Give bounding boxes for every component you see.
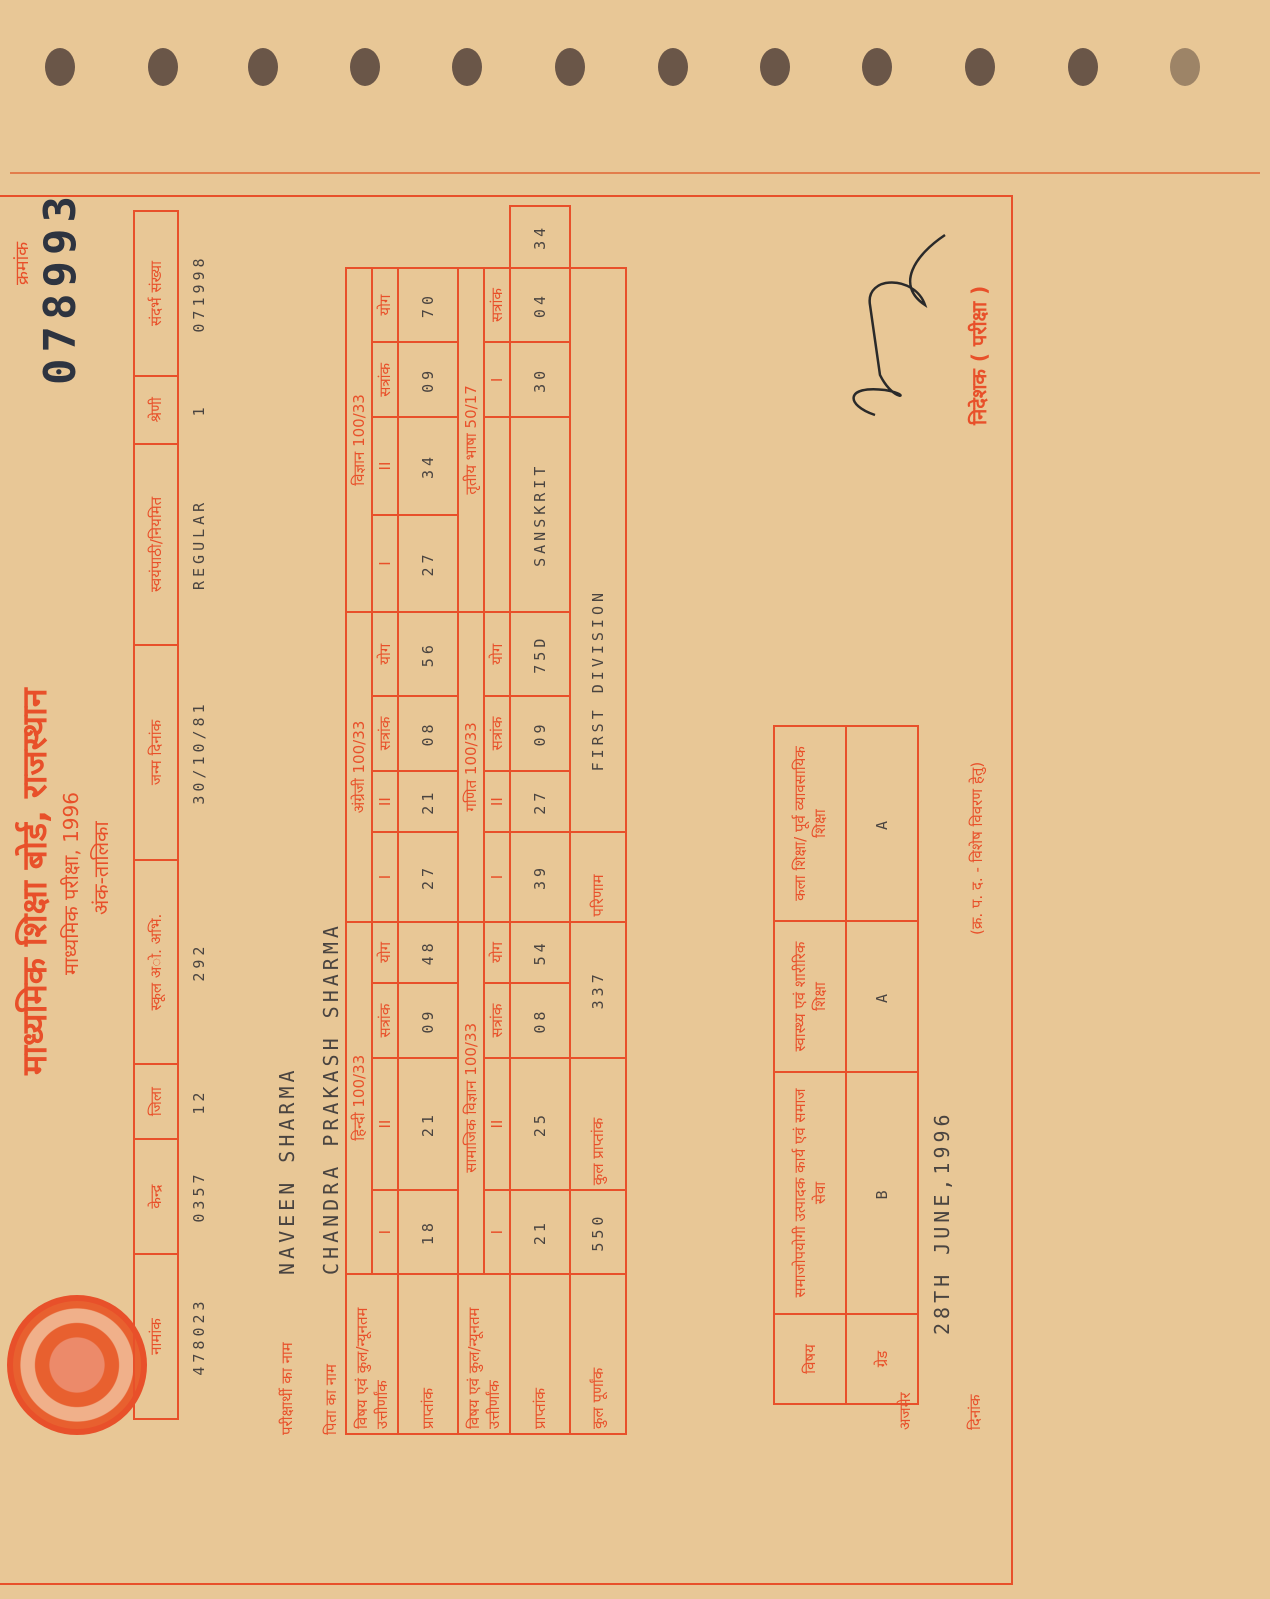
header-dob: जन्म दिनांक xyxy=(134,645,178,860)
col-total: योग xyxy=(372,922,398,984)
feed-hole xyxy=(760,48,790,86)
maths-total: 75D xyxy=(510,612,570,696)
divider xyxy=(10,172,1260,174)
candidate-info-table: नामांक केन्द्र जिला स्कूल अो. अभि. जन्म … xyxy=(133,210,218,1420)
subject-third-language: तृतीय भाषा 50/17 xyxy=(458,268,484,613)
marksheet-photo: माध्यमिक शिक्षा बोर्ड, राजस्थान माध्यमिक… xyxy=(0,0,1270,1599)
col-total: योग xyxy=(372,268,398,343)
col-i: I xyxy=(484,832,510,921)
roll-no: 478023 xyxy=(178,1254,218,1419)
obtained-label: प्राप्तांक xyxy=(398,1274,458,1434)
col-sessional: सत्रांक xyxy=(372,696,398,771)
col-sessional: सत्रांक xyxy=(484,268,510,343)
header-candidate-type: स्वयंपाठी/नियमित xyxy=(134,444,178,645)
max-total-label: कुल पूर्णांक xyxy=(570,1274,626,1434)
grade-subject-3: कला शिक्षा/ पूर्व व्यावसायिक शिक्षा xyxy=(774,726,846,921)
marks-table: विषय एवं कुल/न्यूनतम उत्तीर्णांक हिन्दी … xyxy=(345,205,627,1435)
english-i: 27 xyxy=(398,832,458,921)
candidate-type: REGULAR xyxy=(178,444,218,645)
col-i: I xyxy=(372,832,398,921)
feed-hole xyxy=(1068,48,1098,86)
col-sessional: सत्रांक xyxy=(372,342,398,417)
exam-name: माध्यमिक परीक्षा, 1996 xyxy=(57,792,84,975)
candidate-name: NAVEEN SHARMA xyxy=(275,1066,299,1275)
third-language-spacer xyxy=(484,417,510,612)
col-total: योग xyxy=(372,612,398,696)
grade-subject-1: समाजोपयोगी उत्पादक कार्य एवं समाज सेवा xyxy=(774,1072,846,1314)
marksheet-document: माध्यमिक शिक्षा बोर्ड, राजस्थान माध्यमिक… xyxy=(0,195,1055,1595)
subject-hindi: हिन्दी 100/33 xyxy=(346,922,372,1274)
father-name-label: पिता का नाम xyxy=(321,1275,341,1435)
col-ii: II xyxy=(372,417,398,515)
social-sessional: 08 xyxy=(510,983,570,1058)
science-sessional: 09 xyxy=(398,342,458,417)
social-ii: 25 xyxy=(510,1058,570,1190)
science-i: 27 xyxy=(398,515,458,613)
sanskrit-sessional: 04 xyxy=(510,268,570,343)
col-i: I xyxy=(484,342,510,417)
hindi-i: 18 xyxy=(398,1190,458,1274)
col-sessional: सत्रांक xyxy=(484,696,510,771)
english-ii: 21 xyxy=(398,771,458,833)
feed-hole xyxy=(555,48,585,86)
max-total: 550 xyxy=(570,1190,626,1274)
centre: 0357 xyxy=(178,1139,218,1254)
subject-label: विषय एवं कुल/न्यूनतम उत्तीर्णांक xyxy=(458,1274,510,1434)
header-roll-no: नामांक xyxy=(134,1254,178,1419)
third-language-subject: SANSKRIT xyxy=(510,417,570,612)
result: FIRST DIVISION xyxy=(570,268,626,833)
obtained-total: 337 xyxy=(570,922,626,1058)
hindi-ii: 21 xyxy=(398,1058,458,1190)
header-school-code: स्कूल अो. अभि. xyxy=(134,860,178,1064)
serial-number: 078993 xyxy=(35,190,86,385)
feed-hole xyxy=(452,48,482,86)
feed-hole xyxy=(248,48,278,86)
document-type: अंक-तालिका xyxy=(87,821,114,915)
candidate-name-label: परीक्षार्थी का नाम xyxy=(277,1275,297,1435)
hindi-total: 48 xyxy=(398,922,458,984)
feed-hole xyxy=(862,48,892,86)
social-total: 54 xyxy=(510,922,570,984)
header-district: जिला xyxy=(134,1064,178,1139)
hindi-sessional: 09 xyxy=(398,983,458,1058)
social-i: 21 xyxy=(510,1190,570,1274)
maths-i: 39 xyxy=(510,832,570,921)
grade-subject-label: विषय xyxy=(774,1314,846,1404)
subject-english: अंग्रेजी 100/33 xyxy=(346,612,372,921)
subject-social-science: सामाजिक विज्ञान 100/33 xyxy=(458,922,484,1274)
col-total: योग xyxy=(484,612,510,696)
obtained-total-label: कुल प्राप्तांक xyxy=(570,1058,626,1190)
english-total: 56 xyxy=(398,612,458,696)
feed-hole xyxy=(45,48,75,86)
science-ii: 34 xyxy=(398,417,458,515)
header-category: श्रेणी xyxy=(134,376,178,444)
serial-label: क्रमांक xyxy=(10,242,34,285)
candidate-names: परीक्षार्थी का नाम NAVEEN SHARMA पिता का… xyxy=(265,535,353,1435)
header-reference-no: संदर्भ संख्या xyxy=(134,211,178,376)
english-sessional: 08 xyxy=(398,696,458,771)
dob: 30/10/81 xyxy=(178,645,218,860)
col-i: I xyxy=(484,1190,510,1274)
obtained-label: प्राप्तांक xyxy=(510,1274,570,1434)
school-code: 292 xyxy=(178,860,218,1064)
col-total: योग xyxy=(484,922,510,984)
father-name: CHANDRA PRAKASH SHARMA xyxy=(319,922,343,1275)
grade-subject-2: स्वास्थ्य एवं शारीरिक शिक्षा xyxy=(774,921,846,1072)
feed-hole xyxy=(1170,48,1200,86)
signatory-title: निदेशक ( परीक्षा ) xyxy=(965,0,992,425)
subject-label: विषय एवं कुल/न्यूनतम उत्तीर्णांक xyxy=(346,1274,398,1434)
col-ii: II xyxy=(372,771,398,833)
col-ii: II xyxy=(484,771,510,833)
signature-icon xyxy=(835,225,955,425)
col-sessional: सत्रांक xyxy=(484,983,510,1058)
feed-hole xyxy=(350,48,380,86)
feed-hole xyxy=(658,48,688,86)
col-i: I xyxy=(372,515,398,613)
board-seal-icon xyxy=(7,1295,147,1435)
maths-ii: 27 xyxy=(510,771,570,833)
subject-science: विज्ञान 100/33 xyxy=(346,268,372,613)
maths-sessional: 09 xyxy=(510,696,570,771)
sanskrit-total: 34 xyxy=(510,206,570,268)
col-ii: II xyxy=(484,1058,510,1190)
col-i: I xyxy=(372,1190,398,1274)
result-label: परिणाम xyxy=(570,832,626,921)
col-sessional: सत्रांक xyxy=(372,983,398,1058)
reference-no: 071998 xyxy=(178,211,218,376)
district: 12 xyxy=(178,1064,218,1139)
feed-hole xyxy=(148,48,178,86)
sanskrit-i: 30 xyxy=(510,342,570,417)
science-total: 70 xyxy=(398,268,458,343)
col-ii: II xyxy=(372,1058,398,1190)
board-title: माध्यमिक शिक्षा बोर्ड, राजस्थान xyxy=(10,688,56,1075)
tractor-feed-strip xyxy=(0,0,1270,180)
header-centre: केन्द्र xyxy=(134,1139,178,1254)
category: 1 xyxy=(178,376,218,444)
subject-maths: गणित 100/33 xyxy=(458,612,484,921)
